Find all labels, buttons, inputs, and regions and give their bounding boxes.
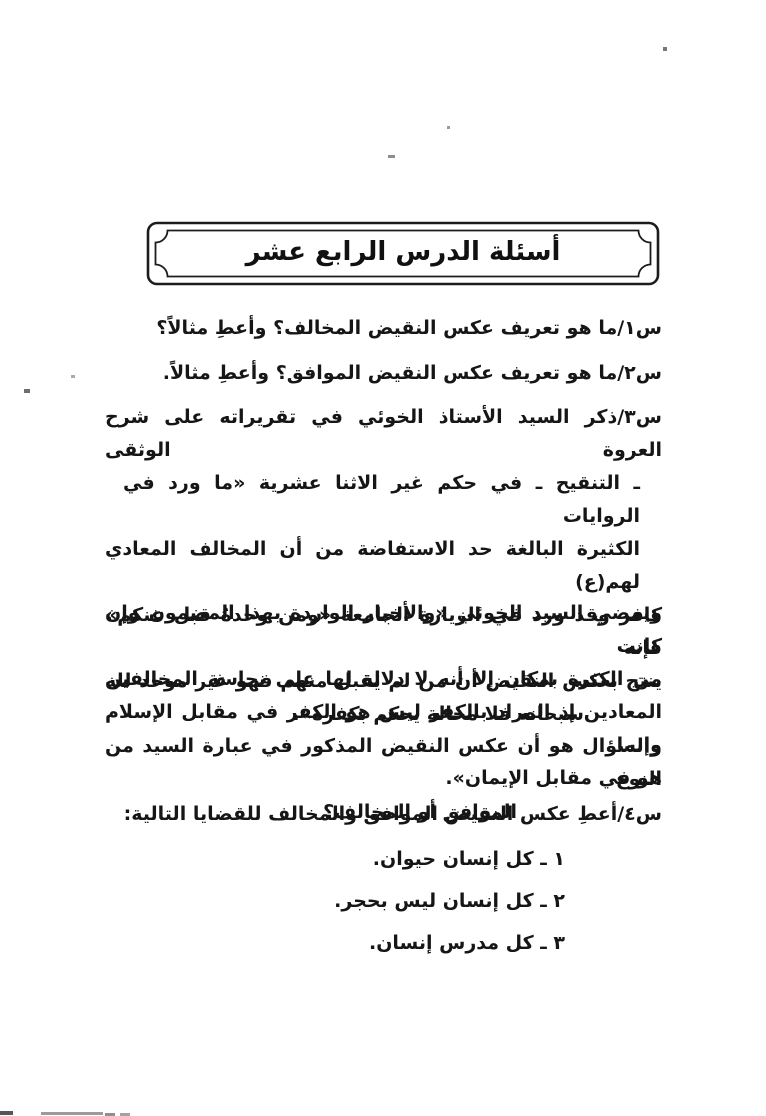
text-line: ـ التنقيح ـ في حكم غير الاثنا عشرية «ما … (105, 467, 662, 533)
text-line: ويمضي السيد الخوئي «والأخبار الواردة بهذ… (105, 597, 662, 663)
scan-edge-artifact (0, 1111, 13, 1115)
question-2: س٢/ما هو تعريف عكس النقيض الموافق؟ وأعطِ… (105, 357, 662, 390)
list-item: ٢ ـ كل إنسان ليس بحجر. (105, 885, 662, 918)
text-line: من الكثرة بمكان إلا أنه لا دلالة لها على… (105, 663, 662, 696)
scan-edge-artifact (41, 1112, 103, 1115)
lesson-title-box: أسئلة الدرس الرابع عشر (146, 221, 660, 286)
page-title: أسئلة الدرس الرابع عشر (146, 221, 660, 286)
text-line: الكثيرة البالغة حد الاستفاضة من أن المخا… (105, 533, 662, 599)
scan-speck (663, 47, 667, 51)
scan-speck (71, 375, 75, 378)
propositions-list: ١ ـ كل إنسان حيوان. ٢ ـ كل إنسان ليس بحج… (105, 843, 662, 969)
text-line: س٣/ذكر السيد الأستاذ الخوئي في تقريراته … (105, 401, 662, 467)
scan-speck (388, 155, 395, 158)
list-item: ٣ ـ كل مدرس إنسان. (105, 927, 662, 960)
question-4: س٤/أعطِ عكس النقيض الموافق والمخالف للقض… (105, 798, 662, 831)
text-line: والسؤال هو أن عكس النقيض المذكور في عبار… (105, 730, 662, 796)
scan-speck (24, 389, 30, 393)
list-item: ١ ـ كل إنسان حيوان. (105, 843, 662, 876)
scan-speck (447, 126, 450, 129)
question-1: س١/ما هو تعريف عكس النقيض المخالف؟ وأعطِ… (105, 312, 662, 345)
scanned-document-page: أسئلة الدرس الرابع عشر س١/ما هو تعريف عك… (0, 0, 766, 1116)
